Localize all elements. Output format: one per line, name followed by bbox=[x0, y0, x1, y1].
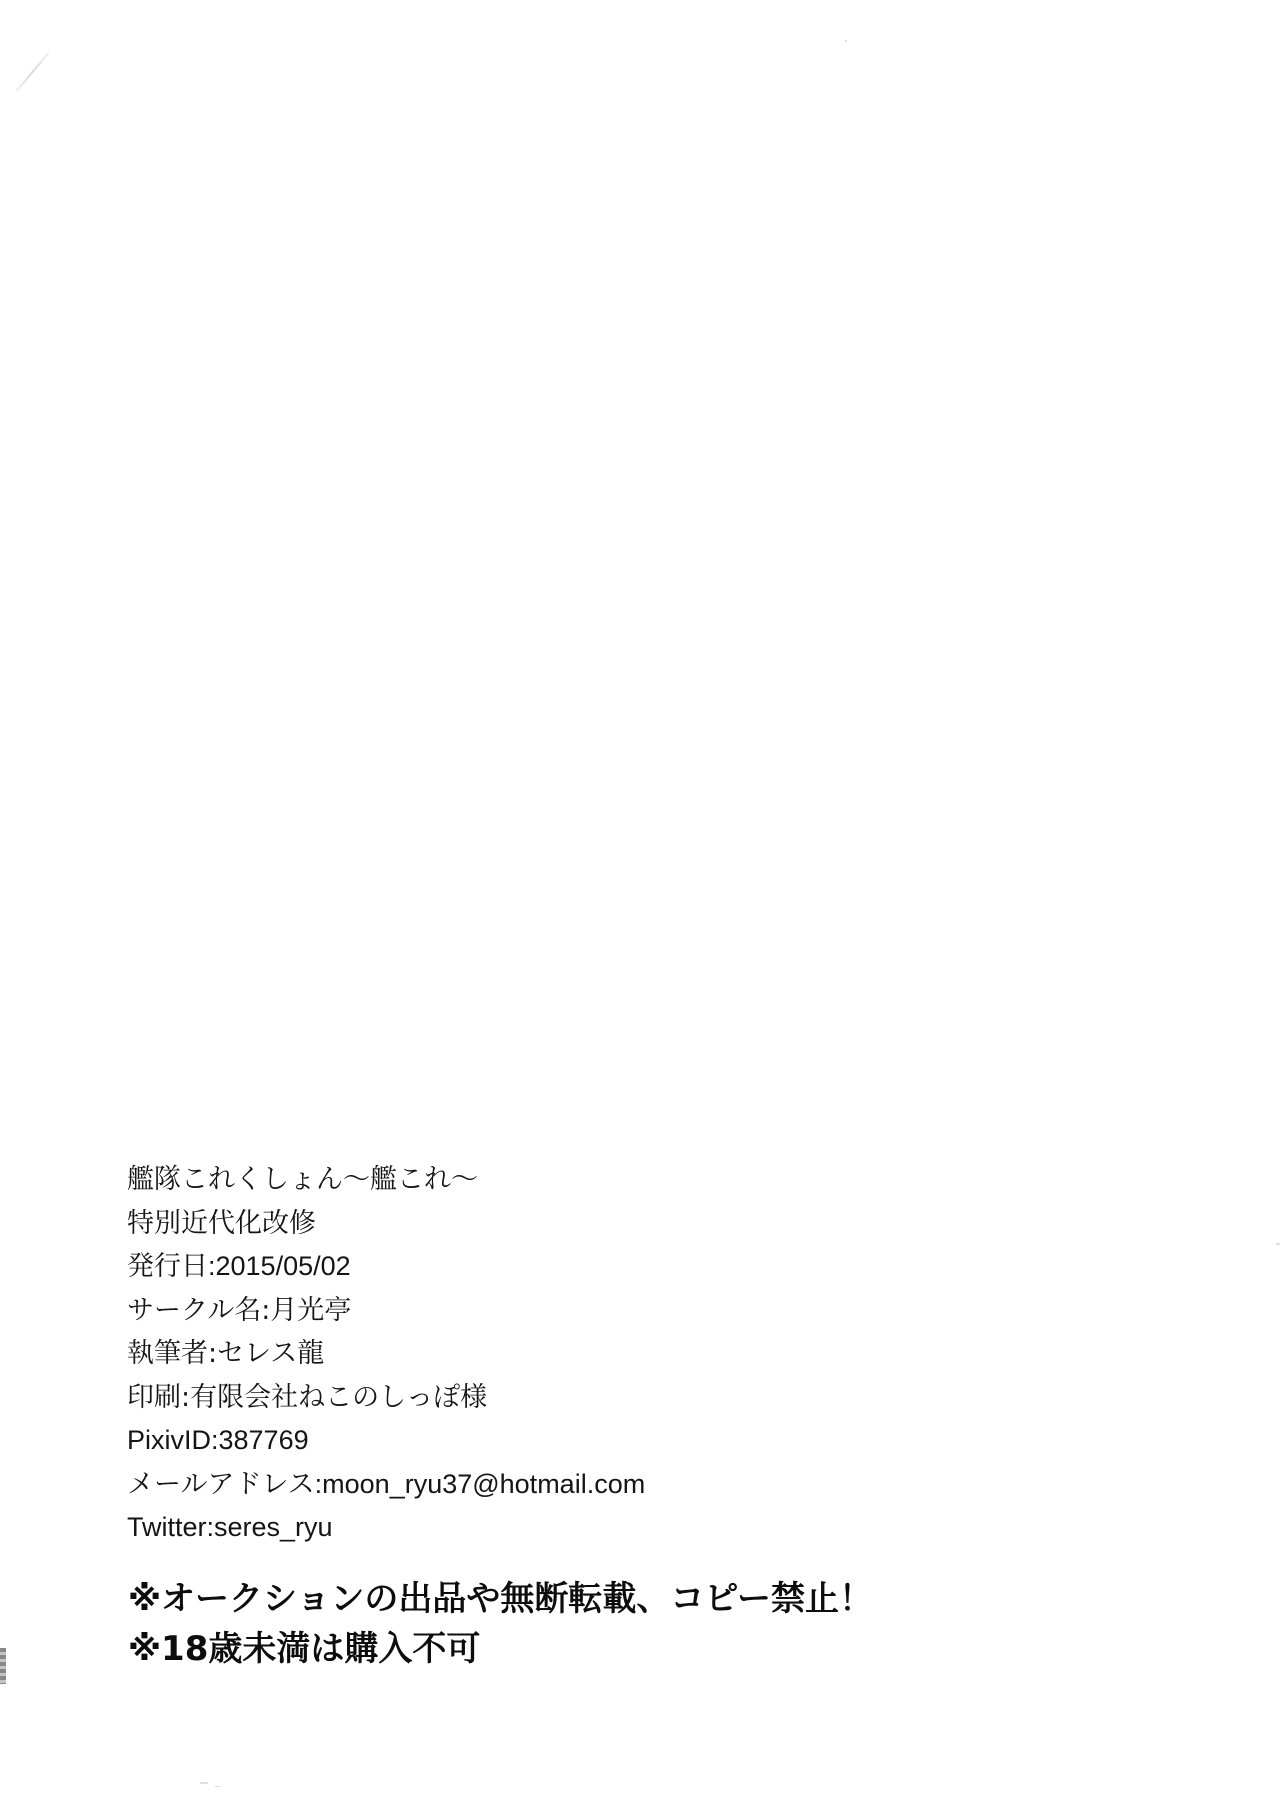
pixiv-id: PixivID:387769 bbox=[127, 1419, 1027, 1463]
printer-name: 印刷:有限会社ねこのしっぽ様 bbox=[127, 1376, 1027, 1420]
scan-artifact-dot bbox=[1276, 1243, 1280, 1245]
publish-date: 発行日:2015/05/02 bbox=[127, 1245, 1027, 1289]
email-address: メールアドレス:moon_ryu37@hotmail.com bbox=[127, 1463, 1027, 1507]
book-title: 艦隊これくしょん〜艦これ〜 bbox=[127, 1158, 1027, 1202]
scan-artifact-dot bbox=[200, 1782, 208, 1784]
notice-block: ※オークションの出品や無断転載、コピー禁止！ ※18歳未満は購入不可 bbox=[128, 1574, 1128, 1674]
book-subtitle: 特別近代化改修 bbox=[127, 1202, 1027, 1246]
author-name: 執筆者:セレス龍 bbox=[127, 1332, 1027, 1376]
scan-artifact-streak bbox=[16, 52, 50, 92]
twitter-handle: Twitter:seres_ryu bbox=[127, 1506, 1027, 1550]
copy-prohibition-notice: ※オークションの出品や無断転載、コピー禁止！ bbox=[128, 1574, 1128, 1624]
circle-name: サークル名:月光亭 bbox=[127, 1289, 1027, 1333]
book-back-page: 艦隊これくしょん〜艦これ〜 特別近代化改修 発行日:2015/05/02 サーク… bbox=[0, 0, 1280, 1807]
scan-artifact-dot bbox=[845, 40, 847, 42]
age-restriction-notice: ※18歳未満は購入不可 bbox=[128, 1624, 1128, 1674]
scan-artifact-edge bbox=[0, 1648, 6, 1684]
colophon-block: 艦隊これくしょん〜艦これ〜 特別近代化改修 発行日:2015/05/02 サーク… bbox=[127, 1158, 1027, 1550]
scan-artifact-dot bbox=[215, 1786, 221, 1787]
